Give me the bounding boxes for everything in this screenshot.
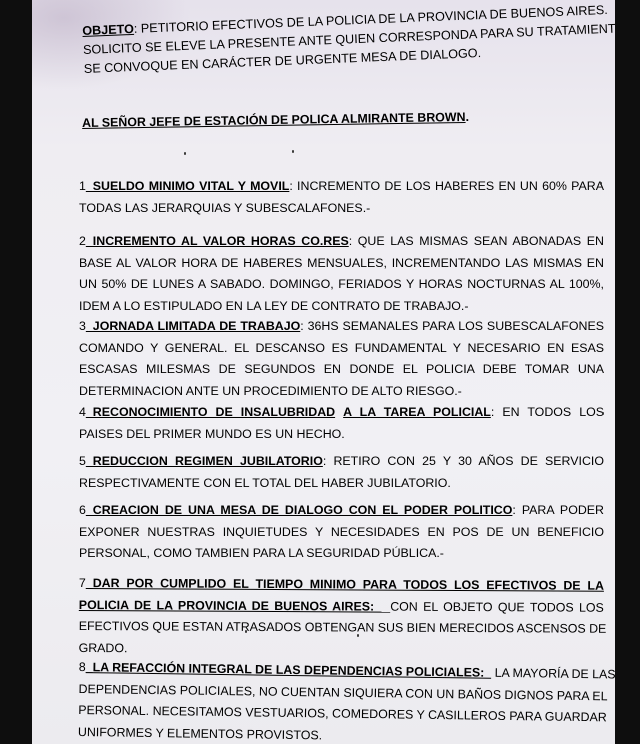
item-title: _LA REFACCIÓN INTEGRAL DE LAS DEPENDENCI… xyxy=(86,660,492,680)
item-title: _DAR POR CUMPLIDO EL TIEMPO MINIMO PARA … xyxy=(86,576,604,593)
petition-item-5: 5_REDUCCION REGIMEN JUBILATORIO: RETIRO … xyxy=(79,451,604,494)
item-number: 1 xyxy=(79,179,86,193)
item-title: _RECONOCIMIENTO DE INSALUBRIDAD xyxy=(86,405,335,419)
item-title-line-2: POLICIA DE LA PROVINCIA DE BUENOS AIRES: xyxy=(79,597,390,613)
item-title: _CREACION DE UNA MESA DE DIALOGO CON EL … xyxy=(86,503,512,517)
addressee-heading: AL SEÑOR JEFE DE ESTACIÓN DE POLICA ALMI… xyxy=(82,110,469,130)
petition-item-7: 7_DAR POR CUMPLIDO EL TIEMPO MINIMO PARA… xyxy=(79,573,604,662)
paper-speck xyxy=(245,630,247,633)
item-number: 5 xyxy=(79,454,86,468)
petition-item-1: 1_SUELDO MINIMO VITAL Y MOVIL: INCREMENT… xyxy=(79,176,604,219)
paper-speck xyxy=(184,152,186,155)
item-title: _REDUCCION REGIMEN JUBILATORIO xyxy=(86,454,323,468)
objeto-paragraph: OBJETO: PETITORIO EFECTIVOS DE LA POLICI… xyxy=(82,1,604,79)
item-number: 4 xyxy=(79,405,86,419)
paper-speck xyxy=(602,412,604,415)
petition-item-6: 6_CREACION DE UNA MESA DE DIALOGO CON EL… xyxy=(79,500,604,565)
petition-item-8: 8_LA REFACCIÓN INTEGRAL DE LAS DEPENDENC… xyxy=(78,657,604,744)
paper-speck xyxy=(357,634,359,637)
item-title-part-2: A LA TAREA POLICIAL xyxy=(343,405,491,419)
petition-item-2: 2_INCREMENTO AL VALOR HORAS CO.RES: QUE … xyxy=(79,231,604,317)
item-number: 6 xyxy=(79,503,86,517)
paper-speck xyxy=(292,150,294,153)
petition-item-4: 4_RECONOCIMIENTO DE INSALUBRIDAD A LA TA… xyxy=(79,402,604,445)
item-number: 3 xyxy=(79,319,86,333)
item-title: _SUELDO MINIMO VITAL Y MOVIL xyxy=(86,179,289,193)
item-title: _INCREMENTO AL VALOR HORAS CO.RES xyxy=(86,234,349,248)
paper-speck xyxy=(600,182,602,185)
item-title: _JORNADA LIMITADA DE TRABAJO xyxy=(86,319,300,333)
petition-item-3: 3_JORNADA LIMITADA DE TRABAJO: 36HS SEMA… xyxy=(79,316,604,402)
objeto-label: OBJETO xyxy=(82,22,134,38)
document-page: OBJETO: PETITORIO EFECTIVOS DE LA POLICI… xyxy=(32,0,615,744)
item-number: 2 xyxy=(79,234,86,248)
